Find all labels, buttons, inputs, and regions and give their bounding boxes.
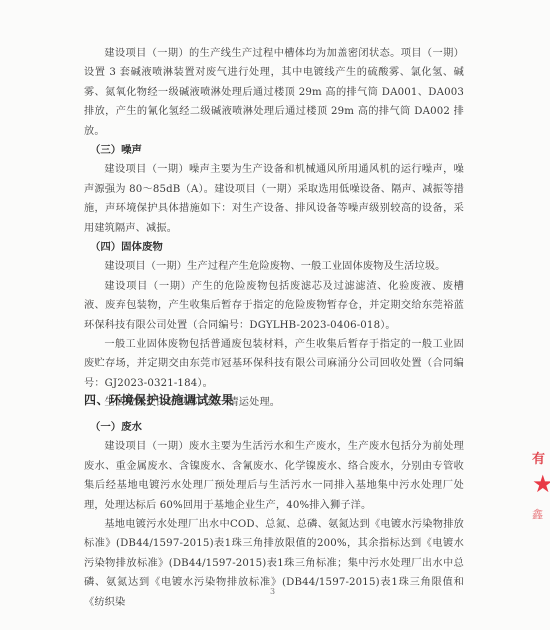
page-number: 3 [270, 587, 275, 596]
section-wastewater: （一）废水 建设项目（一期）废水主要为生活污水和生产废水，生产废水包括分为前处理… [84, 418, 464, 612]
heading-wastewater: （一）废水 [84, 418, 464, 437]
stamp-char-bottom: 鑫 [532, 506, 543, 522]
body-block-air: 建设项目（一期）的生产线生产过程中槽体均为加盖密闭状态。项目（一期）设置 3 套… [84, 44, 464, 141]
paragraph-wastewater-overview: 建设项目（一期）废水主要为生活污水和生产废水，生产废水包括分为前处理废水、重金属… [84, 437, 464, 515]
section-solid-waste: （四）固体废物 建设项目（一期）生产过程产生危险废物、一般工业固体废物及生活垃圾… [84, 238, 464, 413]
heading-solid-waste: （四）固体废物 [84, 238, 464, 257]
paragraph-exhaust-treatment: 建设项目（一期）的生产线生产过程中槽体均为加盖密闭状态。项目（一期）设置 3 套… [84, 44, 464, 141]
stamp-char-top: 有 [532, 448, 545, 467]
heading-noise: （三）噪声 [84, 141, 464, 160]
paragraph-hazardous-waste: 建设项目（一期）产生的危险废物包括废滤芯及过滤滤渣、化验废液、废槽液、废弃包装物… [84, 277, 464, 335]
star-icon: ★ [532, 472, 550, 496]
section-4: 四、环境保护设施调试效果 [84, 390, 464, 410]
paragraph-general-waste: 一般工业固体废物包括普通废包装材料，产生收集后暂存于指定的一般工业固废贮存场，并… [84, 335, 464, 393]
heading-section-4: 四、环境保护设施调试效果 [84, 390, 464, 410]
paragraph-solid-waste-overview: 建设项目（一期）生产过程产生危险废物、一般工业固体废物及生活垃圾。 [84, 257, 464, 276]
paragraph-wastewater-standards: 基地电镀污水处理厂出水中COD、总氮、总磷、氨氮达到《电镀水污染物排放标准》(D… [84, 515, 464, 612]
section-noise: （三）噪声 建设项目（一期）噪声主要为生产设备和机械通风所用通风机的运行噪声，噪… [84, 141, 464, 238]
paragraph-noise: 建设项目（一期）噪声主要为生产设备和机械通风所用通风机的运行噪声，噪声源强为 8… [84, 160, 464, 238]
document-page: 建设项目（一期）的生产线生产过程中槽体均为加盖密闭状态。项目（一期）设置 3 套… [0, 0, 550, 630]
company-seal-stamp: 有 ★ 鑫 [526, 448, 550, 530]
